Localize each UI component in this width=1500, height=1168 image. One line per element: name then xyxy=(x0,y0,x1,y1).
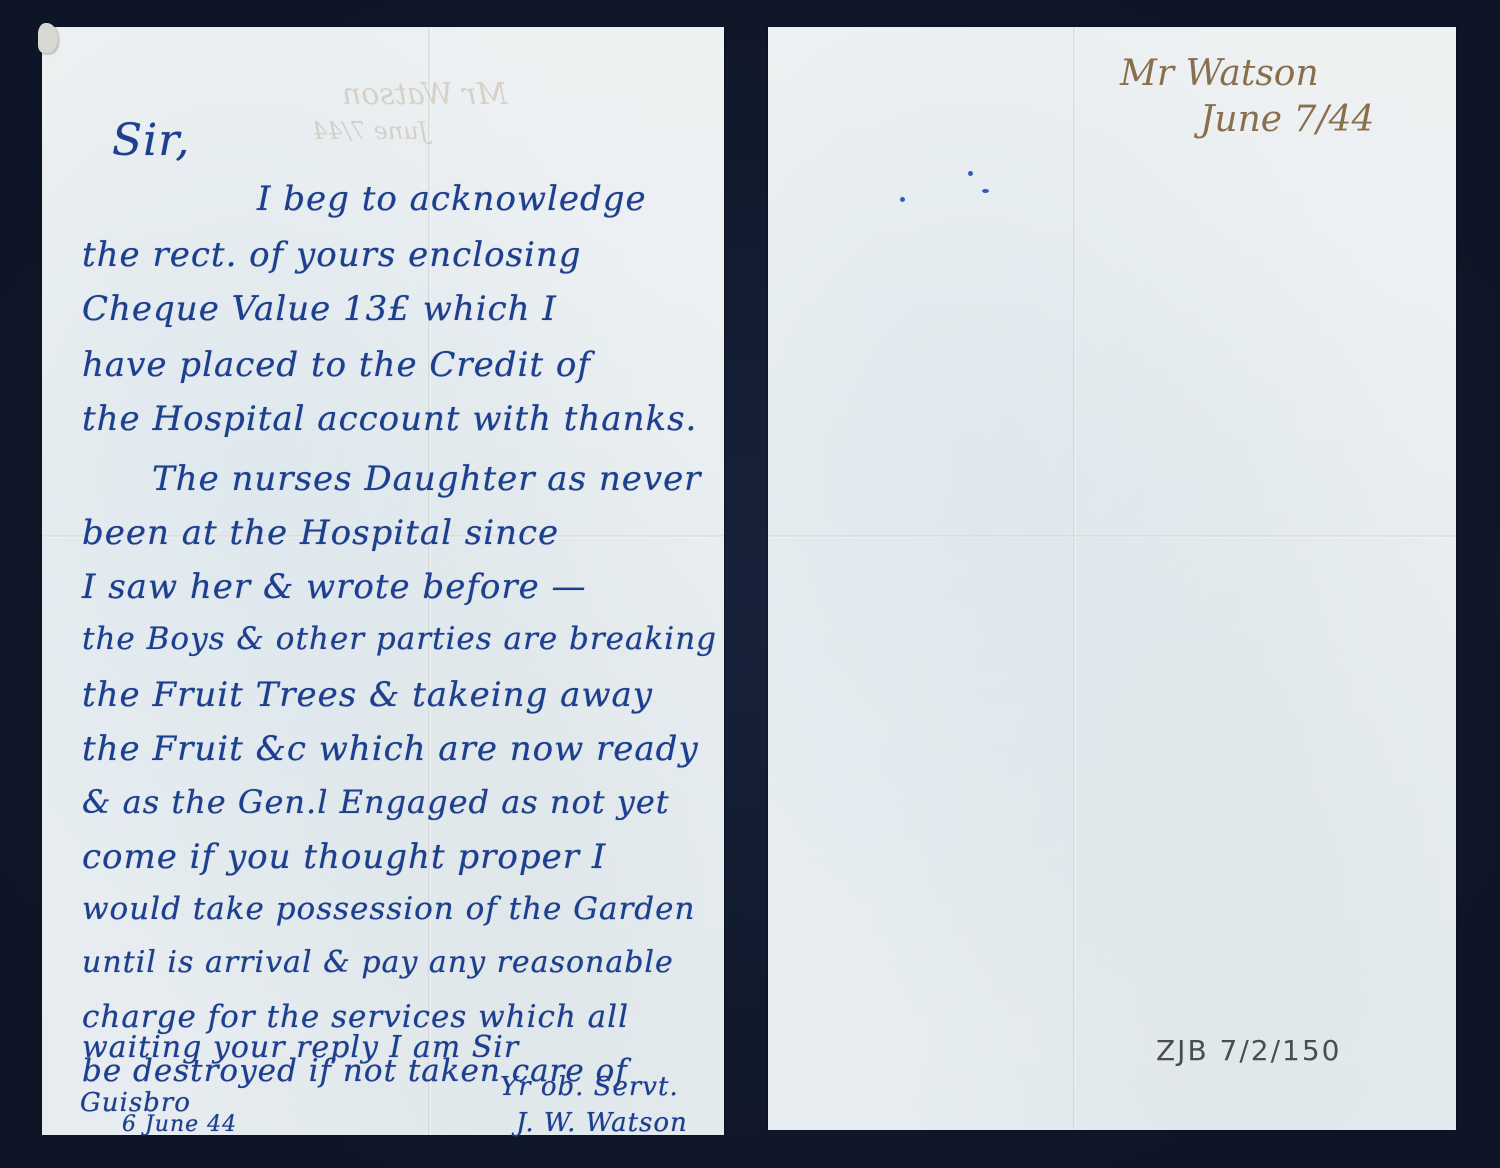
archive-reference: ZJB 7/2/150 xyxy=(1156,1034,1342,1067)
letter-page-back: Mr Watson June 7/44 ZJB 7/2/150 xyxy=(768,27,1456,1130)
folded-corner xyxy=(38,23,58,53)
body-line-5: the Hospital account with thanks. xyxy=(82,399,697,439)
body-line-3: Cheque Value 13£ which I xyxy=(82,289,557,329)
body-line-11: the Fruit &c which are now ready xyxy=(82,729,699,769)
ink-blot xyxy=(900,197,905,202)
signature: J. W. Watson xyxy=(516,1108,688,1138)
body-line-14: would take possession of the Garden xyxy=(82,891,695,927)
body-line-8: I saw her & wrote before — xyxy=(82,567,587,607)
body-line-7: been at the Hospital since xyxy=(82,513,559,553)
closing: Yr ob. Servt. xyxy=(500,1072,679,1102)
salutation: Sir, xyxy=(112,115,190,166)
body-line-4: have placed to the Credit of xyxy=(82,345,591,385)
letter-page-front: Mr Watson June 7/44 Sir, I beg to acknow… xyxy=(42,27,724,1135)
vertical-fold-line xyxy=(1073,27,1076,1130)
body-line-1: I beg to acknowledge xyxy=(257,179,647,219)
body-line-12: & as the Gen.l Engaged as not yet xyxy=(82,783,670,821)
ink-blot xyxy=(968,171,973,176)
body-line-15: until is arrival & pay any reasonable xyxy=(82,945,674,980)
body-line-13: come if you thought proper I xyxy=(82,837,606,877)
bleedthrough-date: June 7/44 xyxy=(312,117,428,145)
body-line-2: the rect. of yours enclosing xyxy=(82,235,582,275)
body-line-9: the Boys & other parties are breaking xyxy=(82,621,717,657)
docket-date: June 7/44 xyxy=(1200,99,1374,140)
horizontal-fold-line xyxy=(768,535,1456,538)
ink-blot xyxy=(982,189,989,193)
docket-name: Mr Watson xyxy=(1120,53,1319,94)
body-line-18: waiting your reply I am Sir xyxy=(82,1030,519,1065)
body-line-10: the Fruit Trees & takeing away xyxy=(82,675,653,715)
bleedthrough-name: Mr Watson xyxy=(342,77,508,112)
date: 6 June 44 xyxy=(122,1112,237,1137)
body-line-6: The nurses Daughter as never xyxy=(152,459,701,499)
